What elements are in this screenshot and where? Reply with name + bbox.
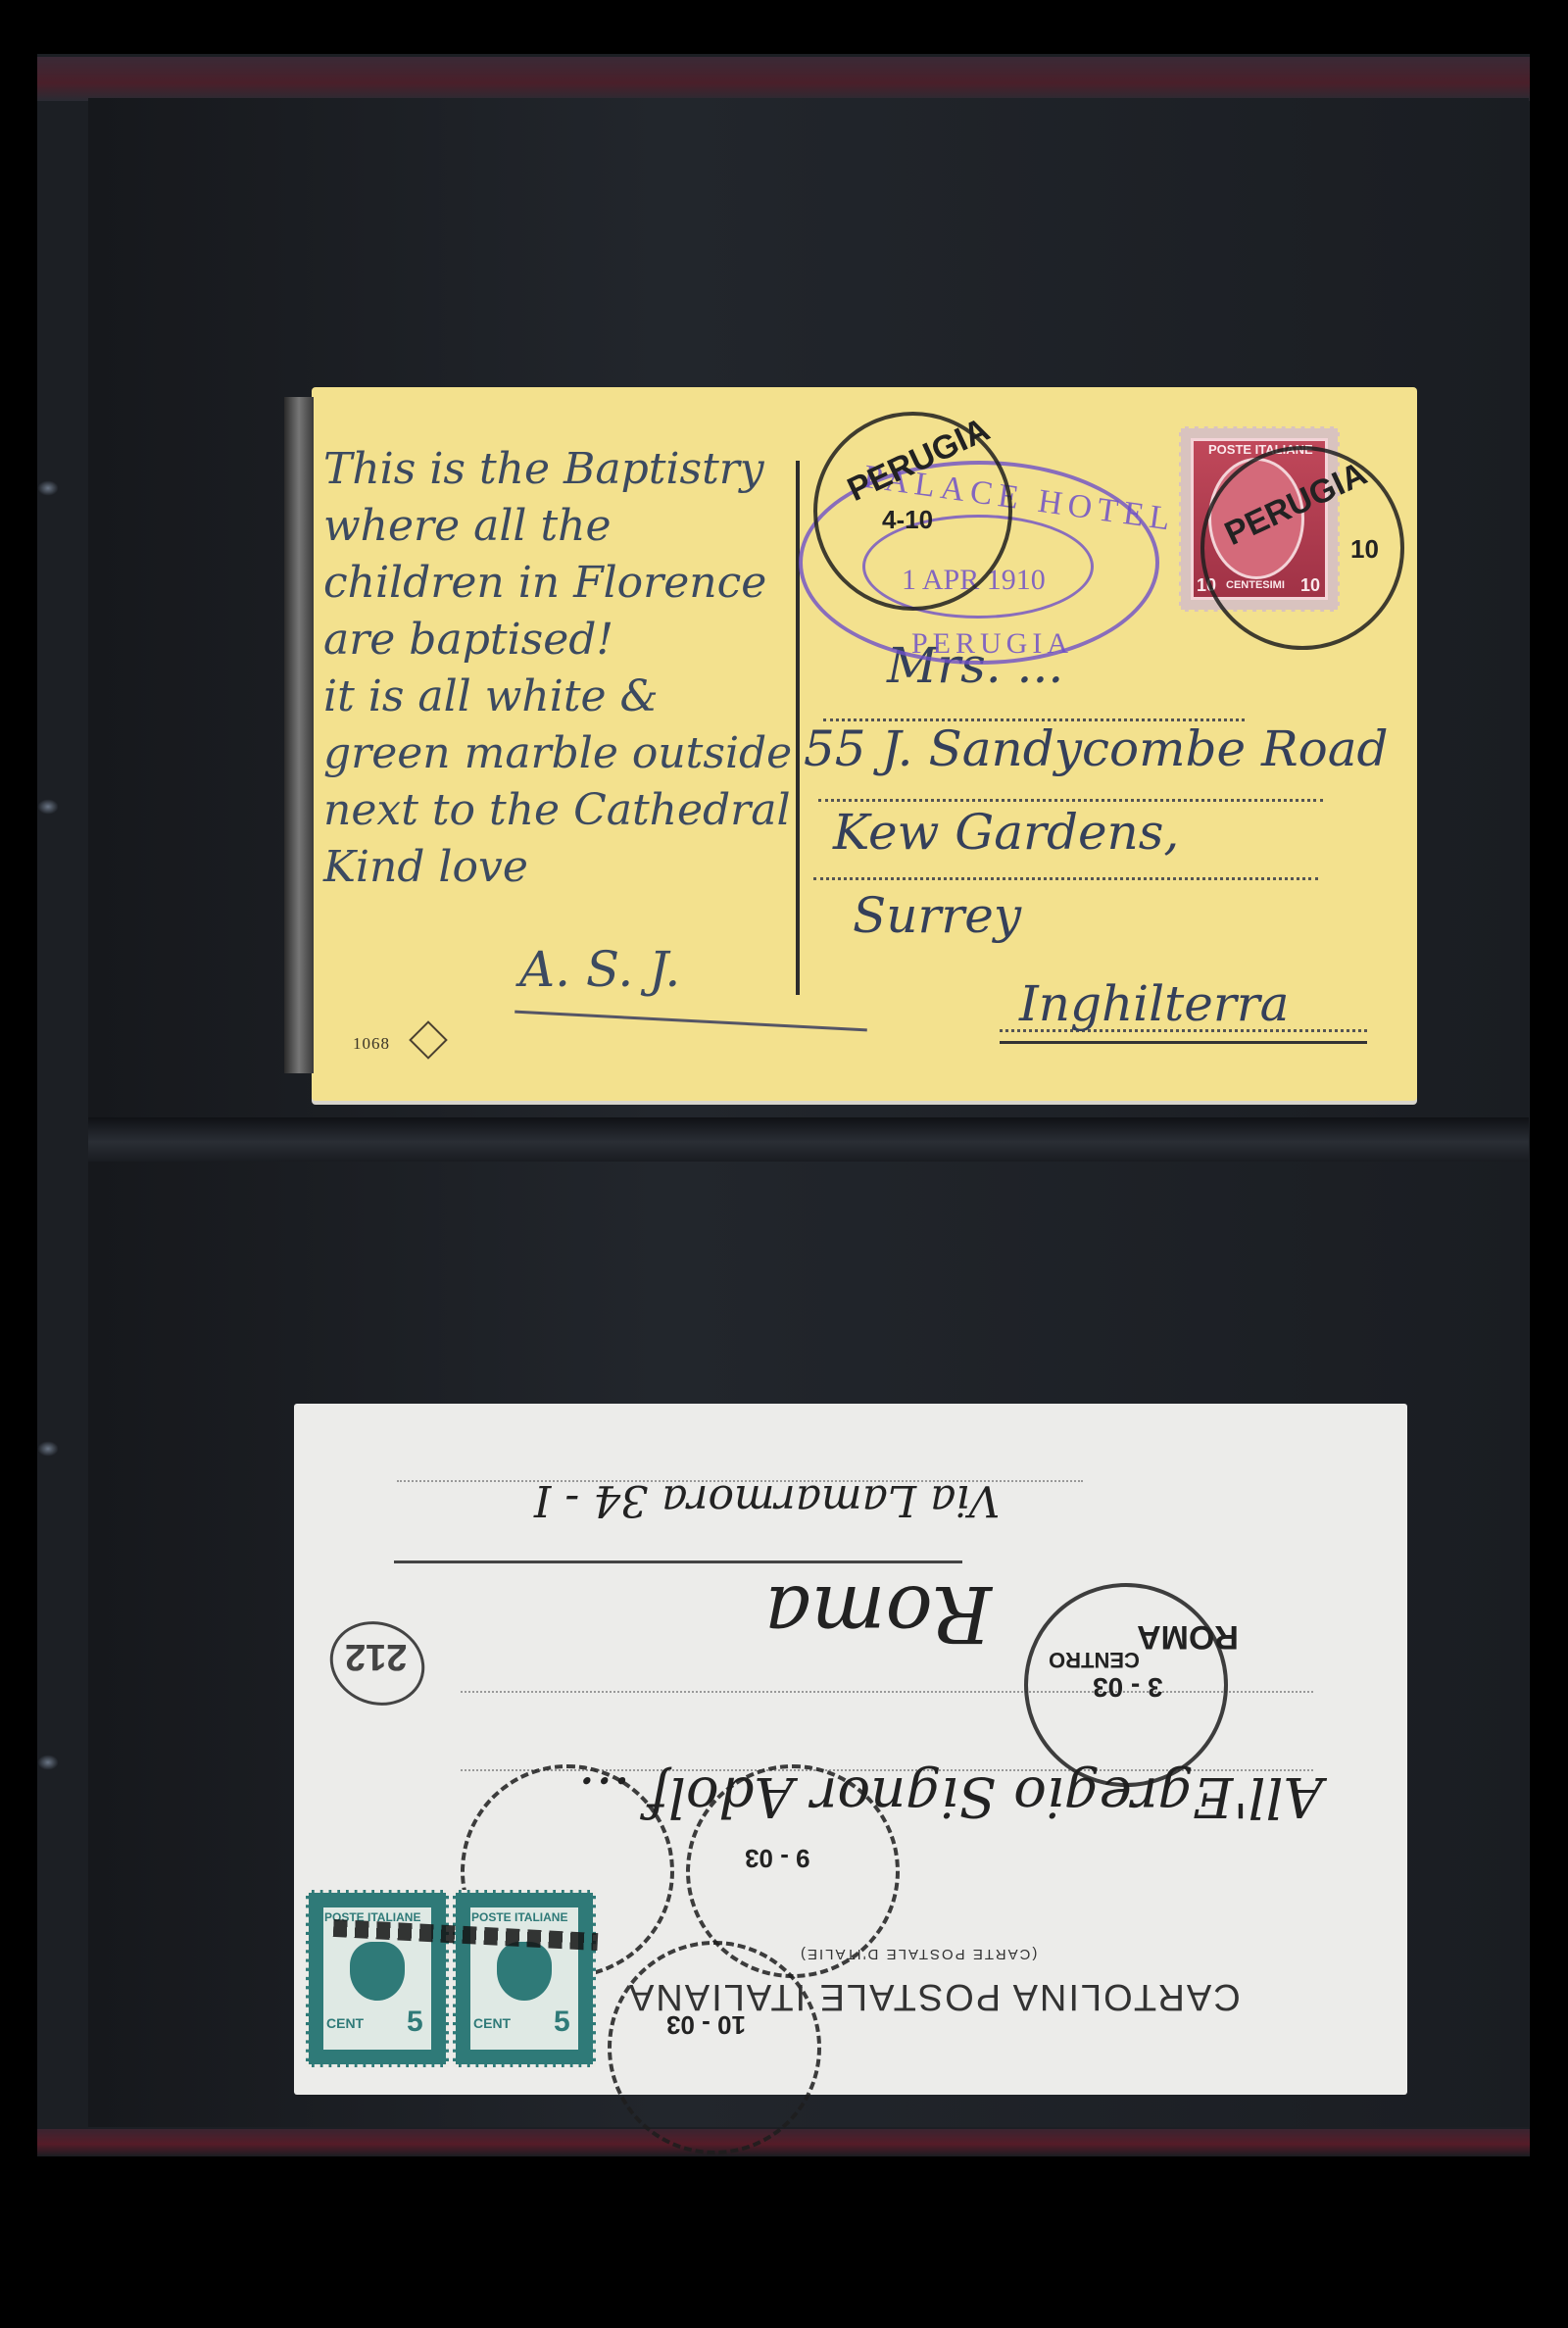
- card-subheader: (CARTE POSTALE D'ITALIE): [799, 1946, 1037, 1962]
- stamp-5-centesimi: POSTE ITALIANE CENT 5: [453, 1890, 596, 2067]
- message-line: green marble outside: [323, 725, 792, 782]
- address-name: All'Egregio Signor Adolf ...: [578, 1764, 1323, 1828]
- card-header: CARTOLINA POSTALE ITALIANA: [627, 1975, 1241, 2017]
- eagle-crest-icon: [497, 1942, 552, 2001]
- postmark-town: ROMA: [1137, 1617, 1239, 1656]
- stamp-denomination: 5: [554, 2006, 570, 2039]
- postcard-photo-edge: [284, 397, 314, 1073]
- address-country: Inghilterra: [1019, 975, 1289, 1032]
- address-line: [813, 877, 1318, 880]
- stamp-value-text: CENT: [473, 2015, 511, 2031]
- stamp-value-text: CENT: [326, 2015, 364, 2031]
- address-rule: [394, 1560, 962, 1563]
- address-county: Surrey: [853, 887, 1021, 944]
- album-top-rim: [37, 57, 1530, 101]
- address-street: Via Lamarmora 34 - I: [534, 1475, 1000, 1525]
- binder-hole-icon: [37, 1441, 59, 1457]
- postmark-date: 3 - 03: [1093, 1671, 1163, 1703]
- album-bottom-rim: [37, 2129, 1530, 2156]
- address-city: Roma: [764, 1568, 992, 1659]
- binder-hole-icon: [37, 1755, 59, 1770]
- message-line: are baptised!: [323, 612, 792, 669]
- message-line: where all the: [323, 498, 792, 555]
- message-line: This is the Baptistry: [323, 441, 792, 498]
- message-line: children in Florence: [323, 555, 792, 612]
- binder-hole-icon: [37, 480, 59, 496]
- postmark-date: 9 - 03: [745, 1843, 810, 1873]
- address-street: 55 J. Sandycombe Road: [804, 720, 1389, 777]
- binder-hole-icon: [37, 799, 59, 815]
- postmark-circular: [608, 1941, 821, 2155]
- postcard-divider-line: [796, 461, 800, 995]
- eagle-crest-icon: [350, 1942, 405, 2001]
- handwritten-message: This is the Baptistry where all the chil…: [323, 441, 792, 896]
- hotel-cachet-city: PERUGIA: [911, 627, 1073, 661]
- address-line: [818, 799, 1323, 802]
- postmark-date: 10: [1350, 534, 1379, 565]
- message-line: next to the Cathedral: [323, 782, 792, 839]
- postmark-sub: CENTRO: [1049, 1647, 1140, 1672]
- circled-number-text: 212: [345, 1635, 407, 1677]
- message-line: it is all white &: [323, 669, 792, 725]
- stamp-denomination: 5: [407, 2006, 423, 2039]
- address-town: Kew Gardens,: [833, 804, 1179, 861]
- print-number: 1068: [353, 1034, 390, 1054]
- postmark-date: 4-10: [882, 505, 933, 535]
- address-underline: [1000, 1041, 1367, 1044]
- pocket-divider-strip: [88, 1117, 1529, 1166]
- message-line: Kind love: [323, 839, 792, 896]
- signature: A. S. J.: [519, 941, 680, 998]
- stamp-5-centesimi: POSTE ITALIANE CENT 5: [306, 1890, 449, 2067]
- stamp-country: POSTE ITALIANE: [471, 1910, 567, 1924]
